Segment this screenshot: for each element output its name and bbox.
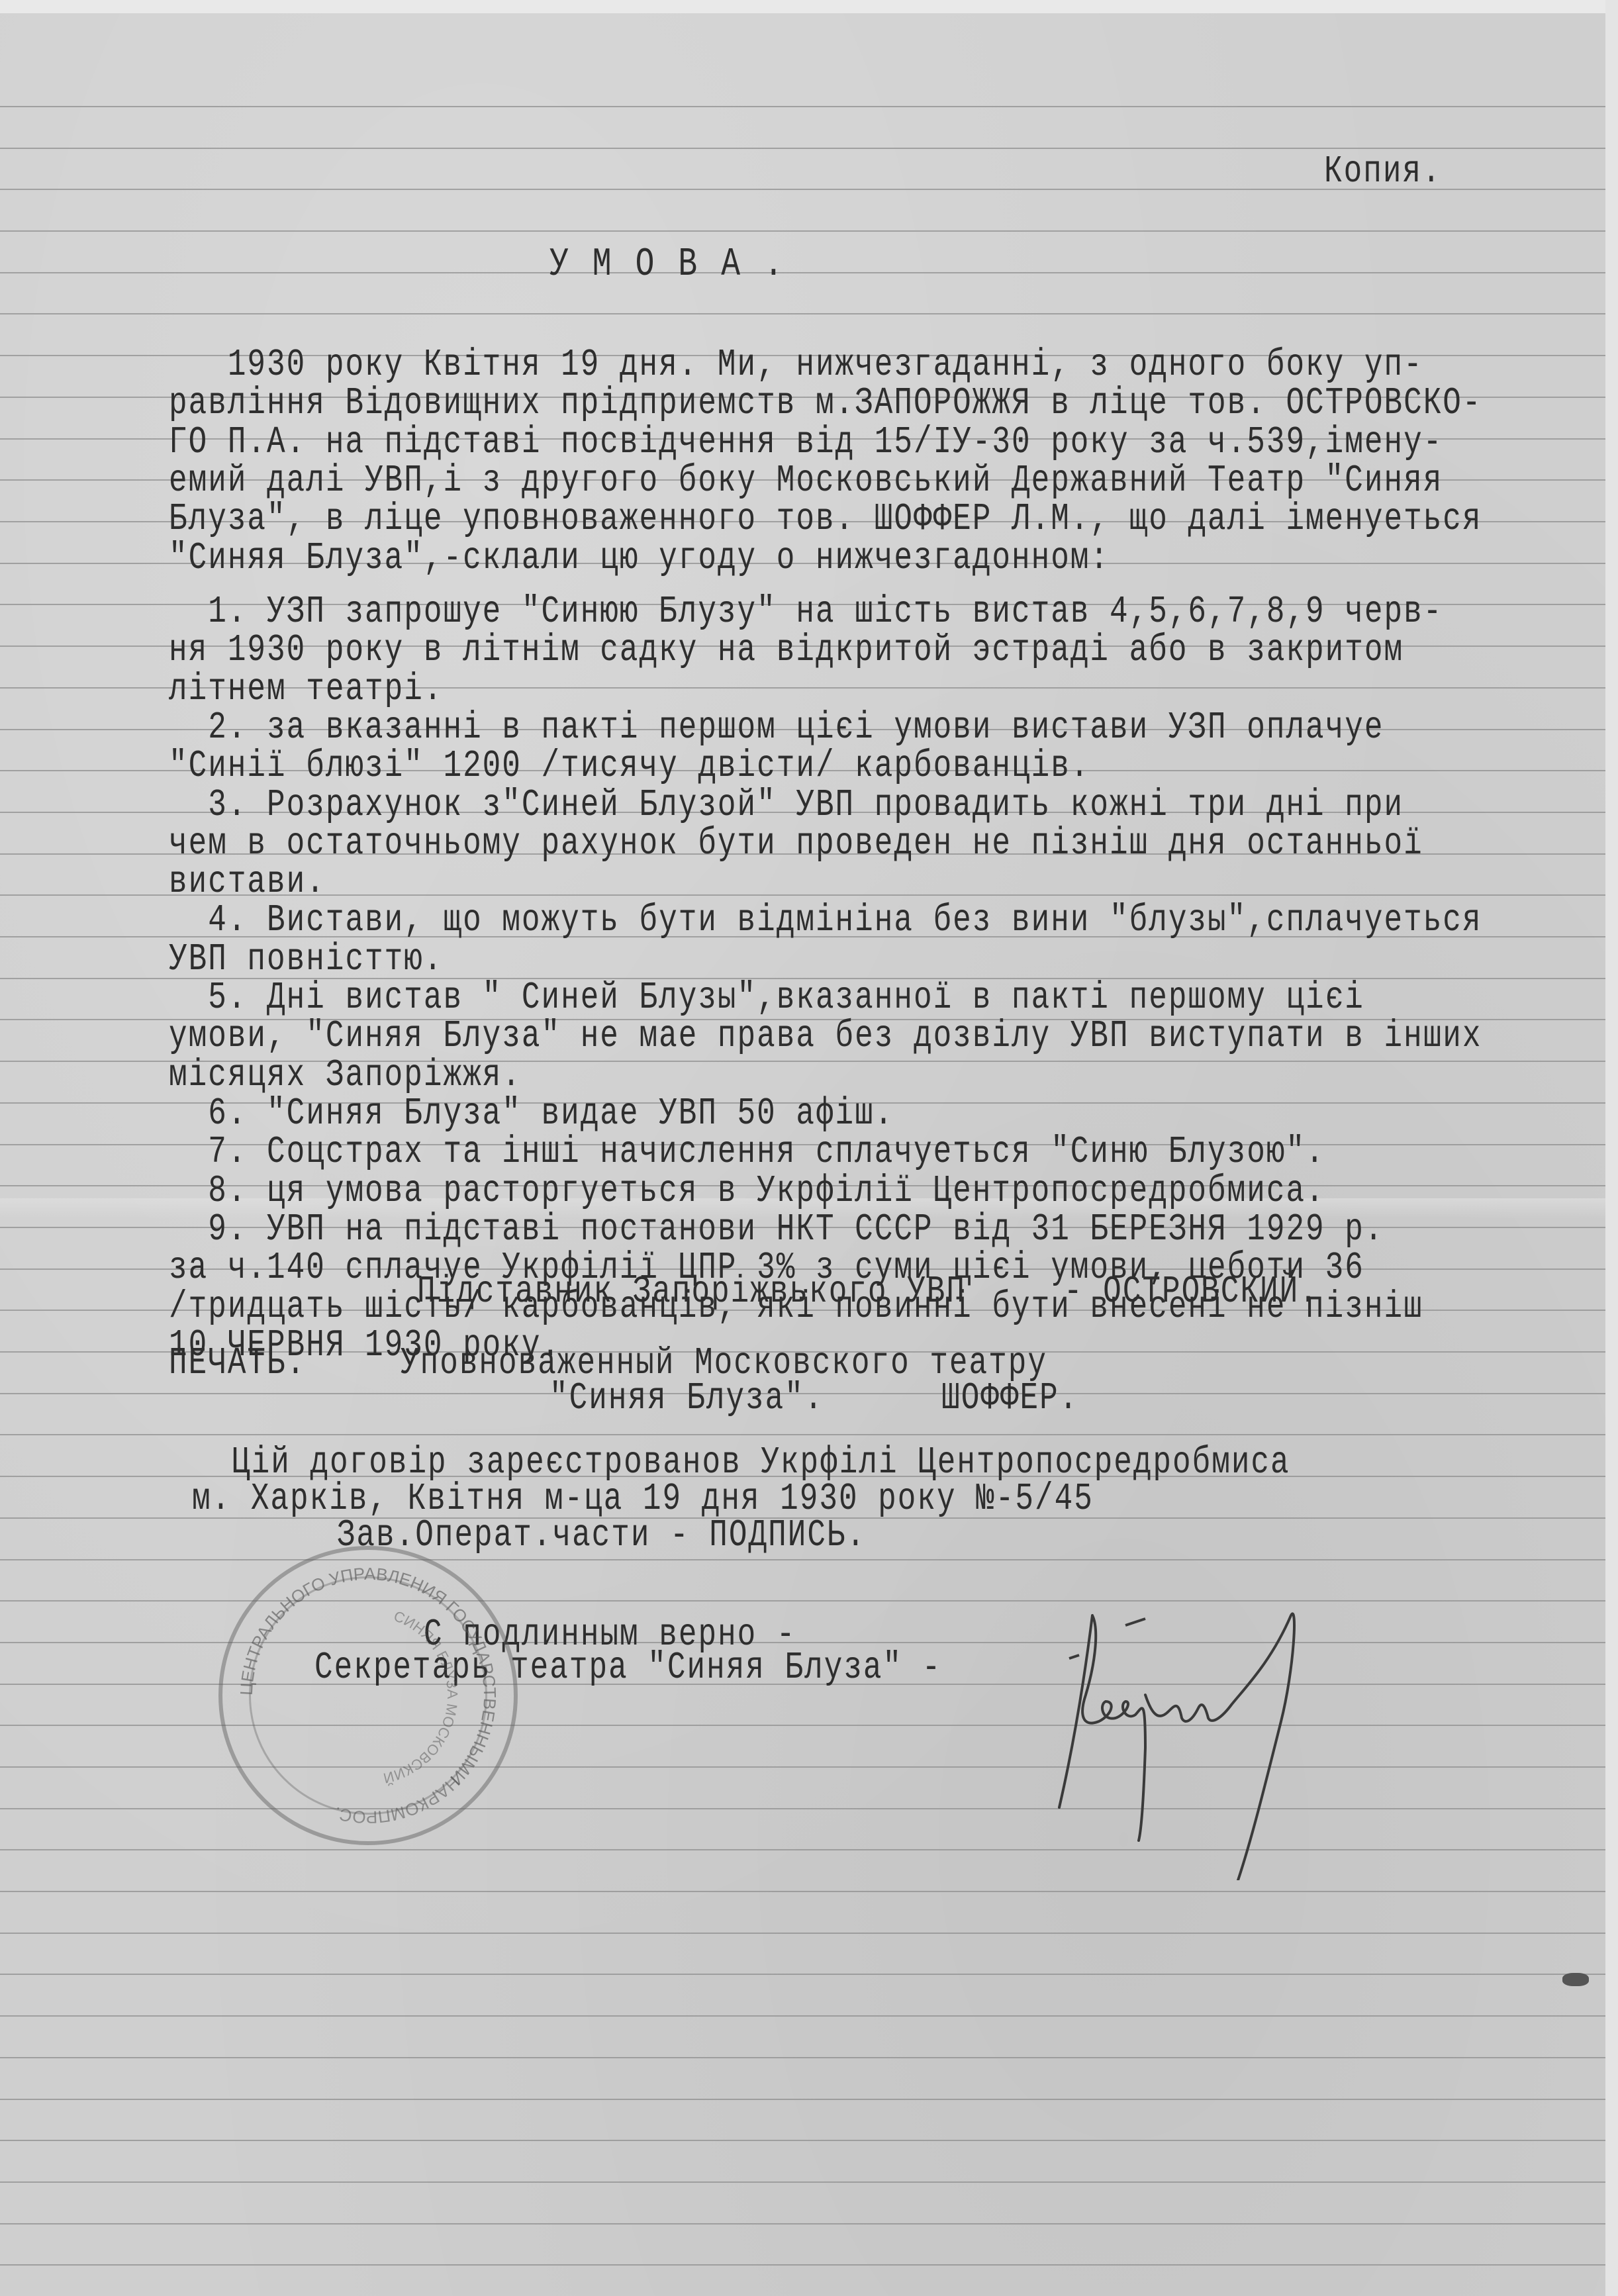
clause-line: УВП повністтю.: [169, 940, 443, 979]
clause-line: "Синії блюзі" 1200 /тисячу двісти/ карбо…: [169, 747, 1090, 785]
intro-line: равління Відовищних прідприемств м.ЗАПОР…: [169, 384, 1482, 422]
clause-line: умови, "Синяя Блуза" не мае права без до…: [169, 1017, 1482, 1055]
stamp-text: ЦЕНТРАЛЬНОГО УПРАВЛЕНИЯ ГОСУДАРСТВЕННЫМИ…: [222, 1550, 514, 1841]
clause-line: 2. за вказанні в пакті першом цієі умови…: [169, 708, 1384, 747]
scan-top-strip: [0, 0, 1618, 13]
clause-line: 7. Соцстрах та інші начислення сплачуеть…: [169, 1133, 1325, 1171]
authorized-representative-name: "Синяя Блуза". ШОФФЕР.: [549, 1379, 1078, 1417]
official-stamp: ЦЕНТРАЛЬНОГО УПРАВЛЕНИЯ ГОСУДАРСТВЕННЫМИ…: [218, 1546, 518, 1845]
copy-mark: Копия.: [1324, 152, 1442, 191]
clause-line: 4. Вистави, що можуть бути відмініна без…: [169, 901, 1482, 939]
page-edge: [1605, 0, 1618, 2296]
clause-line: 1. УЗП запрошуе "Синюю Блузу" на шість в…: [169, 593, 1443, 631]
svg-text:ЦЕНТРАЛЬНОГО УПРАВЛЕНИЯ ГОСУДА: ЦЕНТРАЛЬНОГО УПРАВЛЕНИЯ ГОСУДАРСТВЕННЫМИ: [236, 1564, 500, 1790]
clause-line: 9. УВП на підставі постанови НКТ СССР ві…: [169, 1210, 1384, 1249]
clause-line: 6. "Синяя Блуза" видае УВП 50 афіш.: [169, 1094, 894, 1133]
intro-line: емий далі УВП,і з другого боку Московськ…: [169, 461, 1443, 500]
clause-line: ня 1930 року в літнім садку на відкритой…: [169, 631, 1404, 669]
document-title: УМОВА.: [549, 245, 807, 285]
document-page: Копия. УМОВА. 1930 року Квітня 19 дня. М…: [0, 13, 1605, 2296]
registration-line: Цій договір зареєстрованов Укрфілі Центр…: [232, 1443, 1290, 1482]
clause-line: 5. Дні вистав " Синей Блузы",вказанної в…: [169, 979, 1364, 1017]
registration-line: м. Харків, Квітня м-ца 19 дня 1930 року …: [192, 1480, 1094, 1518]
svg-text:СИНЯЯ БЛУЗА МОСКОВСКИЙ: СИНЯЯ БЛУЗА МОСКОВСКИЙ: [382, 1607, 461, 1787]
representative-signature-line: Підставник Запоріжвького УВП - ОСТРОВСКИ…: [417, 1272, 1319, 1311]
clause-line: місяцях Запоріжжя.: [169, 1056, 522, 1094]
svg-text:НАРКОМПРОС.: НАРКОМПРОС.: [332, 1772, 463, 1828]
intro-line: Блуза", в ліце уповноваженного тов. ШОФФ…: [169, 500, 1482, 538]
handwritten-signature: [1053, 1589, 1397, 1880]
seal-label: ПЕЧАТЬ.: [169, 1344, 306, 1382]
clause-line: 8. ця умова расторгуеться в Укрфілії Цен…: [169, 1172, 1325, 1210]
intro-line: "Синяя Блуза",-склали цю угоду о нижчезг…: [169, 539, 1110, 577]
clause-line: 3. Розрахунок з"Синей Блузой" УВП провад…: [169, 786, 1404, 824]
intro-line: 1930 року Квітня 19 дня. Ми, нижчезгадан…: [169, 346, 1423, 384]
clause-line: чем в остаточньому рахунок бути проведен…: [169, 824, 1423, 863]
clause-line: вистави.: [169, 863, 326, 901]
ink-smudge: [1562, 1973, 1589, 1986]
intro-line: ГО П.А. на підставі посвідчення від 15/I…: [169, 423, 1443, 461]
clause-line: літнем театрі.: [169, 670, 443, 708]
